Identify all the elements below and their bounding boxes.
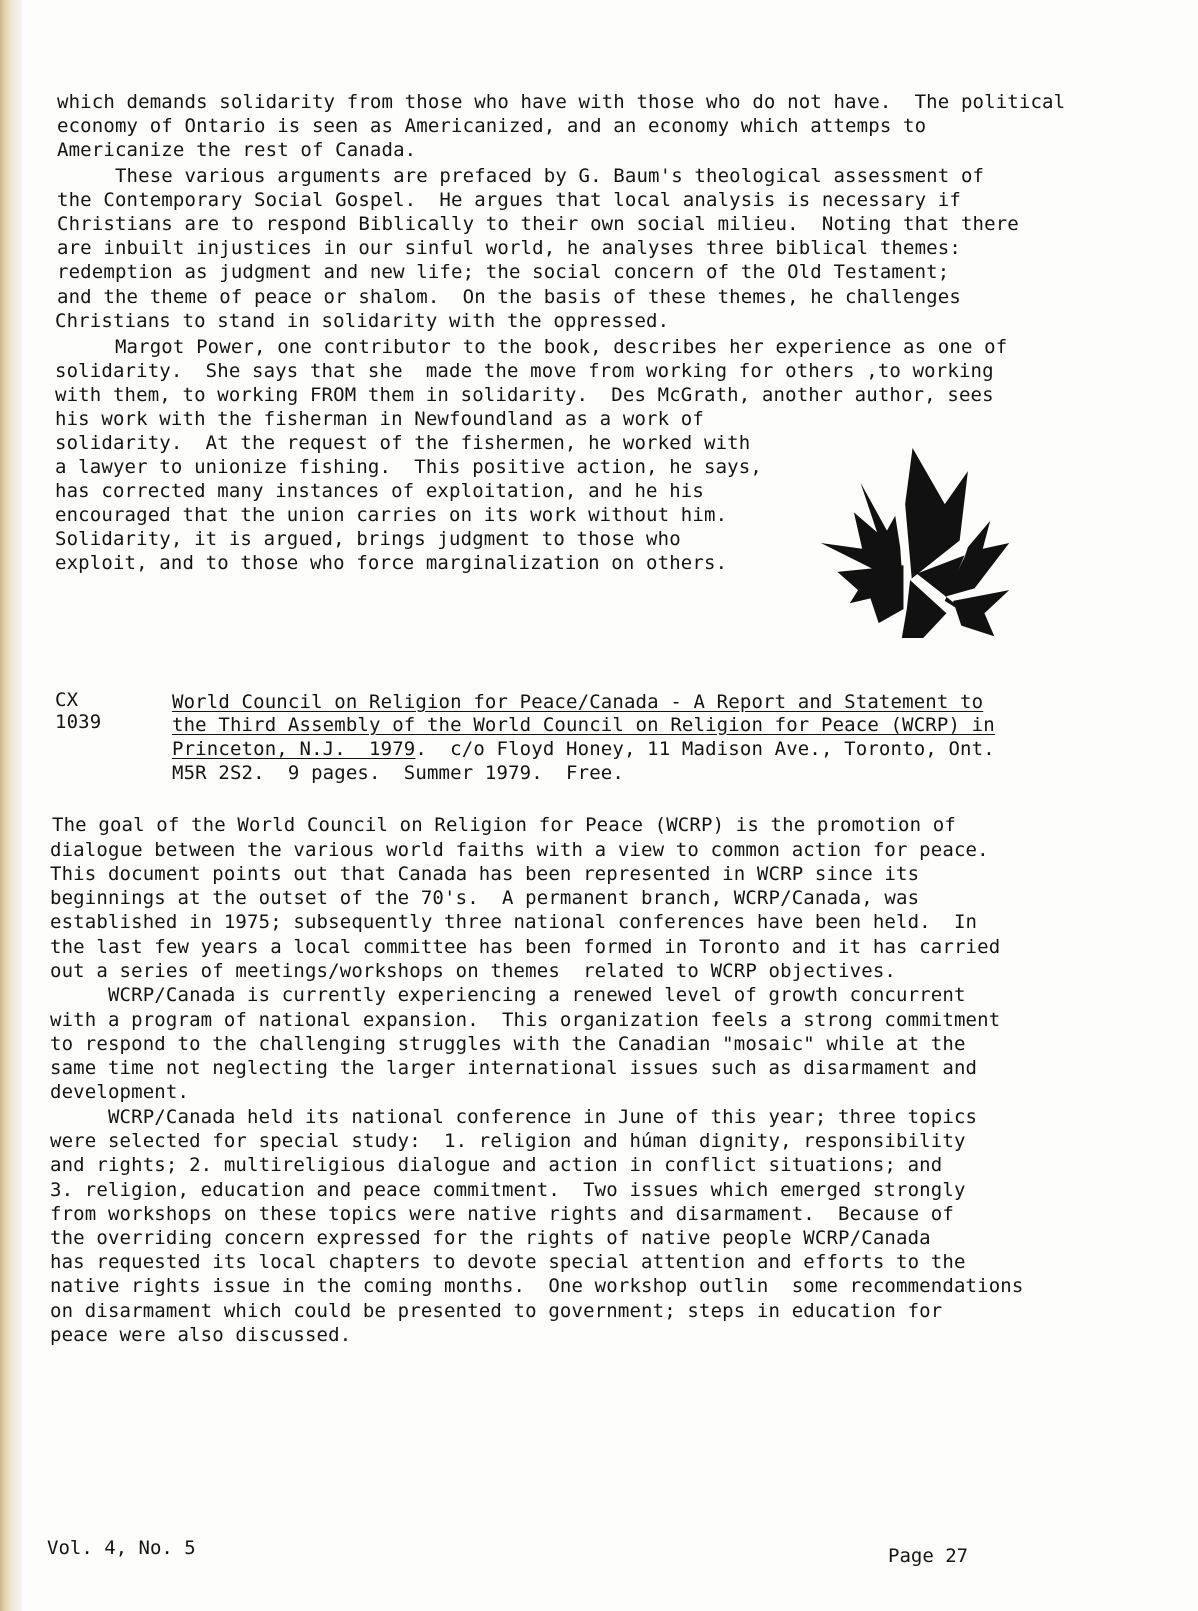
intro-line: and the theme of peace or shalom. On the… [57,285,961,309]
body-line: WCRP/Canada is currently experiencing a … [50,983,966,1007]
body-line: native rights issue in the coming months… [50,1274,1023,1298]
intro-line: Christians are to respond Biblically to … [57,212,1019,236]
body-line: has requested its local chapters to devo… [50,1250,966,1274]
body-line: development. [50,1080,189,1104]
body-line: the last few years a local committee has… [50,935,1000,959]
entry-details: M5R 2S2. 9 pages. Summer 1979. Free. [172,761,624,785]
body-line: same time not neglecting the larger inte… [50,1056,977,1080]
body-line: 3. religion, education and peace commitm… [50,1178,966,1202]
intro-line: solidarity. She says that she made the m… [55,359,994,383]
intro-line: the Contemporary Social Gospel. He argue… [57,188,961,212]
body-line: with a program of national expansion. Th… [50,1008,1000,1032]
entry-address: . c/o Floyd Honey, 11 Madison Ave., Toro… [415,738,994,760]
entry-title-line: World Council on Religion for Peace/Cana… [172,690,983,714]
body-line: established in 1975; subsequently three … [50,910,977,934]
body-line: WCRP/Canada held its national conference… [50,1105,977,1129]
body-line: were selected for special study: 1. reli… [50,1129,966,1153]
body-line: The goal of the World Council on Religio… [52,813,956,837]
body-line: dialogue between the various world faith… [50,838,989,862]
intro-line: redemption as judgment and new life; the… [57,260,949,284]
body-line: This document points out that Canada has… [50,862,919,886]
intro-line: his work with the fisherman in Newfoundl… [55,407,704,431]
body-line: peace were also discussed. [50,1323,351,1347]
intro-line: Margot Power, one contributor to the boo… [57,335,1007,359]
intro-line: These various arguments are prefaced by … [57,164,984,188]
body-line: the overriding concern expressed for the… [50,1226,931,1250]
entry-title-line: Princeton, N.J. 1979 [172,738,415,760]
intro-line: Solidarity, it is argued, brings judgmen… [55,527,681,551]
page-number: Page 27 [888,1544,968,1568]
intro-line: economy of Ontario is seen as Americaniz… [57,114,926,138]
body-line: and rights; 2. multireligious dialogue a… [50,1153,942,1177]
entry-code: CX [55,688,78,712]
intro-line: Americanize the rest of Canada. [57,138,416,162]
intro-line: exploit, and to those who force marginal… [55,551,727,575]
intro-line: solidarity. At the request of the fisher… [55,431,750,455]
intro-line: has corrected many instances of exploita… [55,479,704,503]
intro-line: encouraged that the union carries on its… [55,503,727,527]
entry-title-line: the Third Assembly of the World Council … [172,713,995,737]
intro-line: are inbuilt injustices in our sinful wor… [57,236,961,260]
body-line: on disarmament which could be presented … [50,1299,942,1323]
entry-title-last: Princeton, N.J. 1979. c/o Floyd Honey, 1… [172,737,995,761]
document-page: which demands solidarity from those who … [0,0,1198,1611]
intro-line: which demands solidarity from those who … [57,90,1065,114]
intro-line: with them, to working FROM them in solid… [55,383,994,407]
body-line: to respond to the challenging struggles … [50,1032,966,1056]
entry-number: 1039 [55,710,101,734]
body-line: out a series of meetings/workshops on th… [50,959,896,983]
body-line: beginnings at the outset of the 70's. A … [50,886,919,910]
maple-leaf-icon [820,448,1020,638]
intro-line: Christians to stand in solidarity with t… [55,309,669,333]
body-line: from workshops on these topics were nati… [50,1202,954,1226]
intro-line: a lawyer to unionize fishing. This posit… [55,455,762,479]
volume-label: Vol. 4, No. 5 [47,1536,196,1560]
